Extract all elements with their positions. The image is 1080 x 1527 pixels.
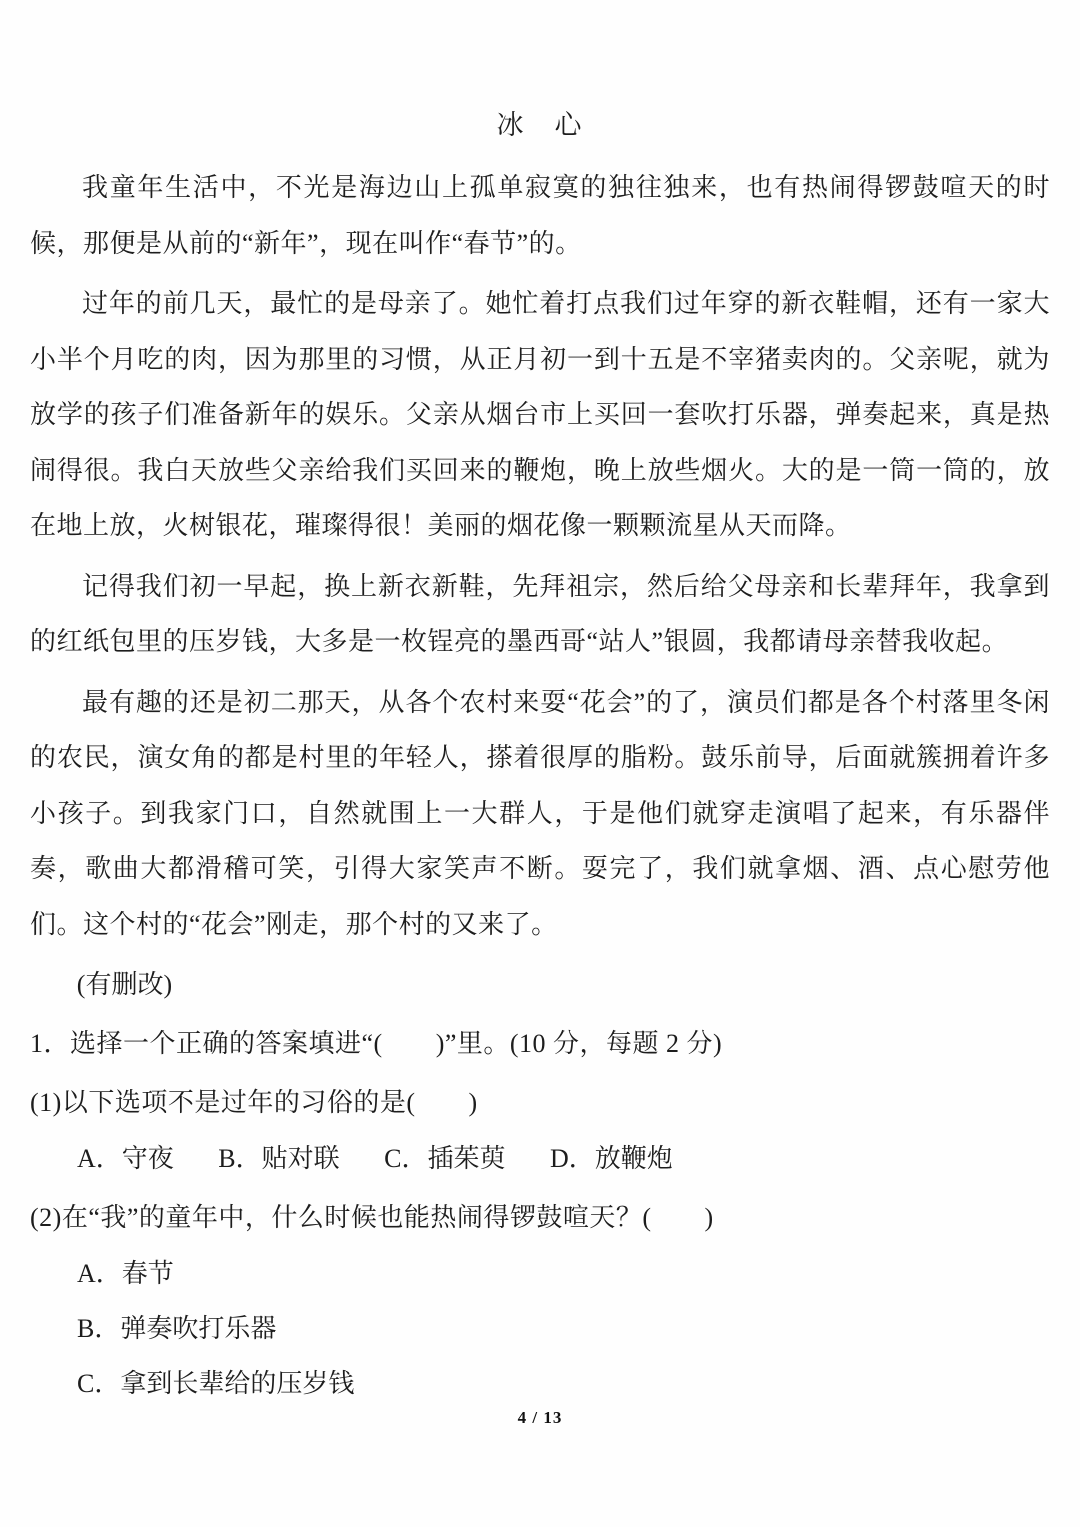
passage-paragraph-4: 最有趣的还是初二那天，从各个农村来耍“花会”的了，演员们都是各个村落里冬闲的农民… (30, 675, 1050, 953)
page-number: 4 / 13 (0, 1408, 1080, 1428)
question-1-sub-2: (2)在“我”的童年中，什么时候也能热闹得锣鼓喧天？( ) (30, 1190, 1050, 1246)
question-1-sub-1: (1)以下选项不是过年的习俗的是( ) (30, 1075, 1050, 1131)
sub-1-option-a: A．守夜 (77, 1144, 174, 1173)
sub-1-option-c: C．插茱萸 (384, 1144, 505, 1173)
question-1: 1．选择一个正确的答案填进“( )”里。(10 分，每题 2 分) (1)以下选… (30, 1016, 1050, 1411)
document-page: 冰 心 我童年生活中，不光是海边山上孤单寂寞的独往独来，也有热闹得锣鼓喧天的时候… (0, 0, 1080, 1527)
question-1-stem: 1．选择一个正确的答案填进“( )”里。(10 分，每题 2 分) (30, 1016, 1050, 1072)
sub-1-option-d: D．放鞭炮 (550, 1144, 673, 1173)
sub-2-option-a: A．春节 (30, 1246, 1050, 1301)
sub-1-option-b: B．贴对联 (218, 1144, 339, 1173)
edit-note: (有删改) (30, 957, 1050, 1013)
passage-paragraph-2: 过年的前几天，最忙的是母亲了。她忙着打点我们过年穿的新衣鞋帽，还有一家大小半个月… (30, 276, 1050, 554)
article-passage: 我童年生活中，不光是海边山上孤单寂寞的独往独来，也有热闹得锣鼓喧天的时候，那便是… (30, 160, 1050, 952)
article-author: 冰 心 (30, 102, 1050, 148)
sub-2-option-b: B．弹奏吹打乐器 (30, 1301, 1050, 1356)
passage-paragraph-3: 记得我们初一早起，换上新衣新鞋，先拜祖宗，然后给父母亲和长辈拜年，我拿到的红纸包… (30, 559, 1050, 670)
sub-2-option-c: C．拿到长辈给的压岁钱 (30, 1356, 1050, 1411)
question-1-sub-1-options: A．守夜 B．贴对联 C．插茱萸 D．放鞭炮 (30, 1131, 1050, 1187)
passage-paragraph-1: 我童年生活中，不光是海边山上孤单寂寞的独往独来，也有热闹得锣鼓喧天的时候，那便是… (30, 160, 1050, 271)
